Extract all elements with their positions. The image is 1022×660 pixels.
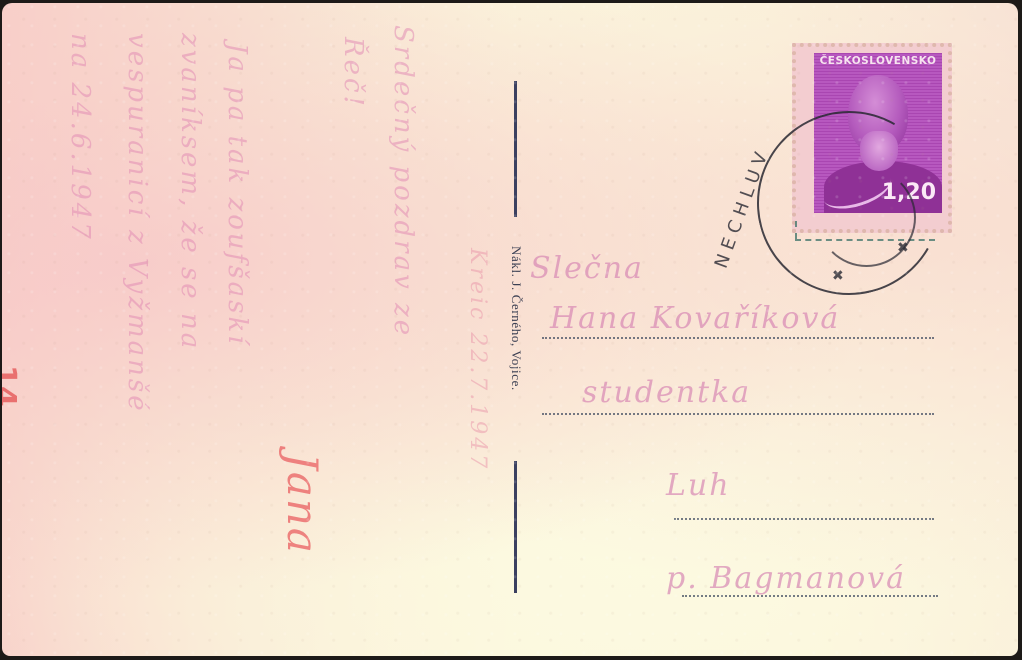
divider-line-top bbox=[514, 81, 517, 217]
message-line: na 24.6.1947 bbox=[65, 33, 95, 242]
postmark-star-icon: ✖ bbox=[897, 240, 909, 256]
address-dotted-line bbox=[542, 413, 934, 415]
address-line: Hana Kovaříková bbox=[550, 301, 840, 336]
signature: Jana bbox=[278, 453, 327, 555]
address-line: Luh bbox=[666, 468, 731, 503]
publisher-imprint: Nákl. J. Černého, Vojice. bbox=[508, 246, 524, 391]
postcard-reverse: Srdečný pozdrav ze Řeč! Ja pa tak zoufša… bbox=[2, 3, 1018, 656]
address-dotted-line bbox=[542, 337, 934, 339]
address-line: Slečna bbox=[530, 251, 644, 286]
handwritten-message: Srdečný pozdrav ze Řeč! Ja pa tak zoufša… bbox=[20, 13, 490, 653]
divider-line-bottom bbox=[514, 461, 517, 593]
message-line: Ja pa tak zoufšaskí bbox=[222, 43, 252, 347]
postmark-star-icon: ✖ bbox=[832, 268, 844, 284]
message-line: zvaníksem, že se na bbox=[175, 33, 205, 351]
address-line: p. Bagmanová bbox=[666, 561, 906, 596]
stamp-country: ČESKOSLOVENSKO bbox=[814, 55, 942, 67]
address-dotted-line bbox=[682, 595, 938, 597]
address-line: studentka bbox=[582, 375, 751, 410]
message-date: Kreic 22.7.1947 bbox=[465, 248, 490, 471]
address-dotted-line bbox=[674, 518, 934, 520]
pencil-mark: 14 bbox=[2, 365, 22, 407]
message-line: vespuranicí z Vyžmanšé bbox=[122, 33, 152, 414]
message-line: Řeč! bbox=[338, 37, 368, 109]
message-line: Srdečný pozdrav ze bbox=[388, 25, 418, 338]
